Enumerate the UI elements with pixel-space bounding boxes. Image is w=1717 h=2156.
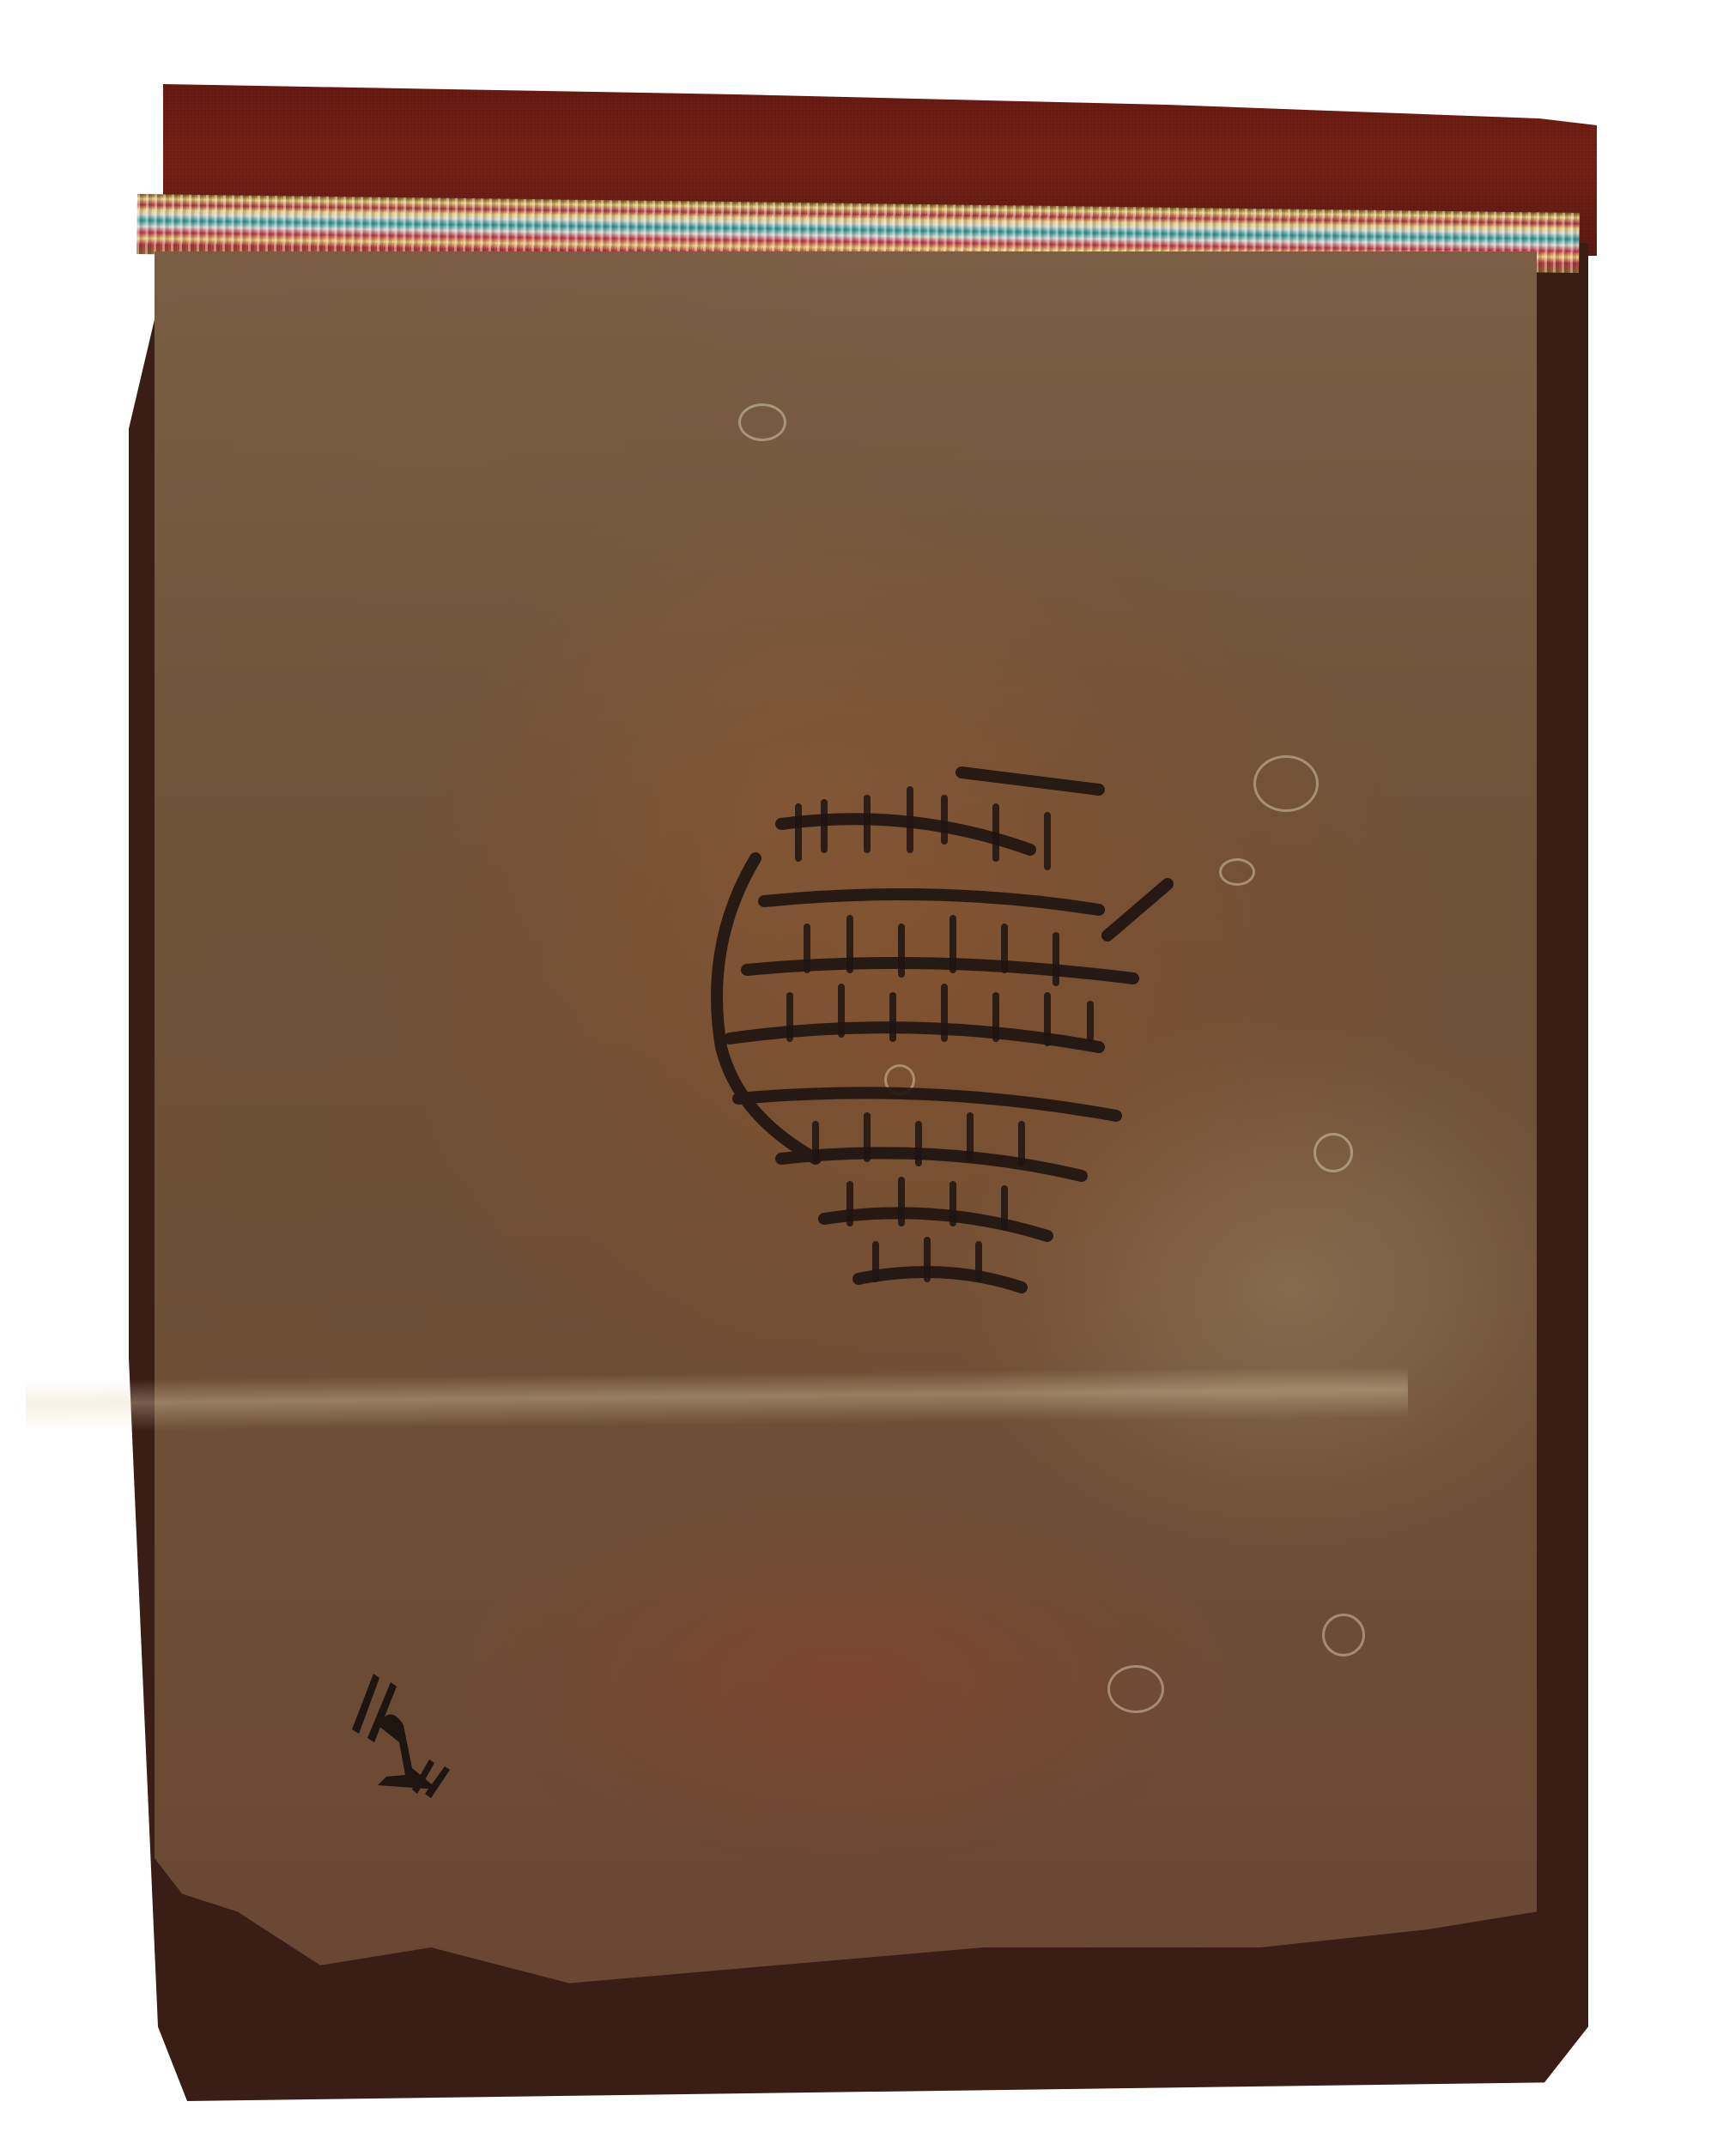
- calligraphy-cluster: [652, 755, 1219, 1356]
- numeral-mark: [326, 1656, 455, 1802]
